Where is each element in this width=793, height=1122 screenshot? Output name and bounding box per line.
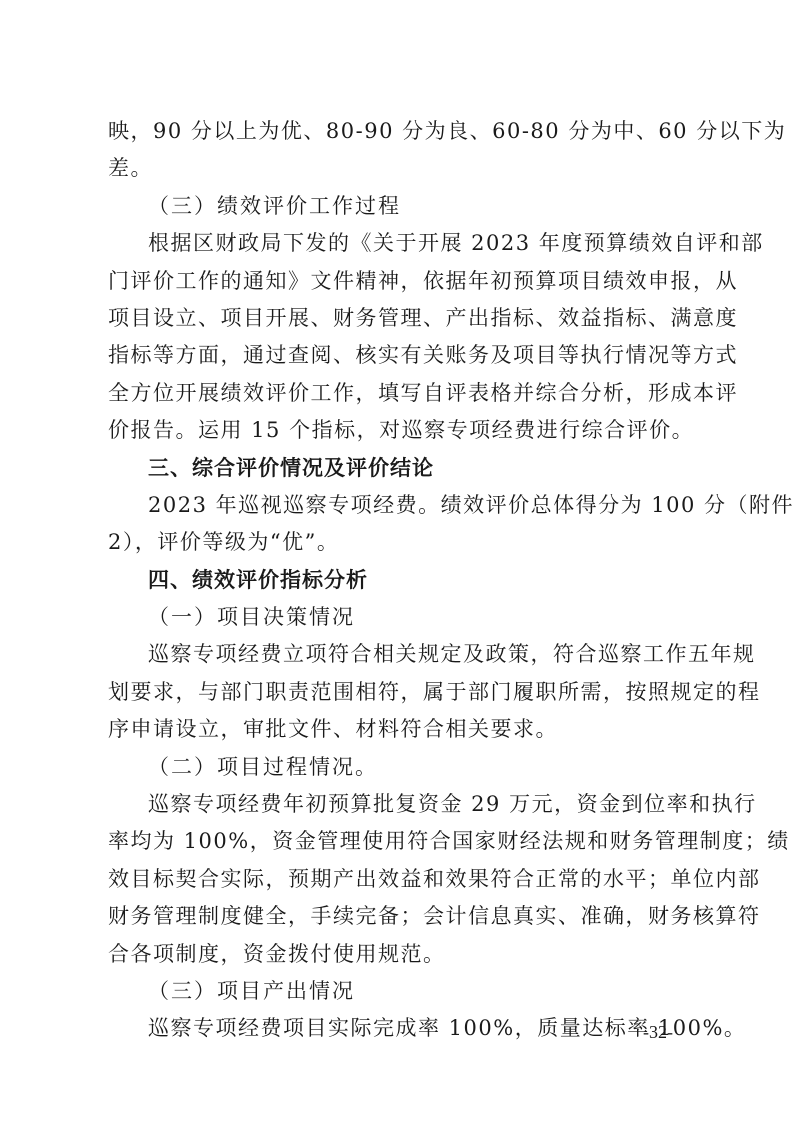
subsection-heading-project-process: （二）项目过程情况。: [108, 749, 702, 786]
paragraph-line: 价报告。运用 15 个指标，对巡察专项经费进行综合评价。: [108, 412, 702, 449]
paragraph-line: 项目设立、项目开展、财务管理、产出指标、效益指标、满意度: [108, 300, 702, 337]
page-number: -32-: [643, 1022, 673, 1043]
paragraph-line: 映，90 分以上为优、80-90 分为良、60-80 分为中、60 分以下为: [108, 113, 702, 150]
paragraph-line: 全方位开展绩效评价工作，填写自评表格并综合分析，形成本评: [108, 375, 702, 412]
subsection-heading-performance-process: （三）绩效评价工作过程: [108, 188, 702, 225]
paragraph-line: 巡察专项经费年初预算批复资金 29 万元，资金到位率和执行: [108, 786, 702, 823]
paragraph-line: 巡察专项经费立项符合相关规定及政策，符合巡察工作五年规: [108, 636, 702, 673]
paragraph-line: 财务管理制度健全，手续完备；会计信息真实、准确，财务核算符: [108, 898, 702, 935]
paragraph-line: 划要求，与部门职责范围相符，属于部门履职所需，按照规定的程: [108, 674, 702, 711]
paragraph-line: 合各项制度，资金拨付使用规范。: [108, 936, 702, 973]
paragraph-line: 2），评价等级为“优”。: [108, 524, 702, 561]
paragraph-line: 序申请设立，审批文件、材料符合相关要求。: [108, 711, 702, 748]
paragraph-line: 巡察专项经费项目实际完成率 100%，质量达标率 100%。: [108, 1010, 702, 1047]
subsection-heading-project-decision: （一）项目决策情况: [108, 599, 702, 636]
document-page: 映，90 分以上为优、80-90 分为良、60-80 分为中、60 分以下为 差…: [108, 113, 702, 1048]
paragraph-line: 2023 年巡视巡察专项经费。绩效评价总体得分为 100 分（附件: [108, 487, 702, 524]
section-heading-overall-evaluation: 三、综合评价情况及评价结论: [108, 450, 702, 487]
paragraph-line: 指标等方面，通过查阅、核实有关账务及项目等执行情况等方式: [108, 337, 702, 374]
paragraph-line: 率均为 100%，资金管理使用符合国家财经法规和财务管理制度；绩: [108, 823, 702, 860]
section-heading-indicator-analysis: 四、绩效评价指标分析: [108, 562, 702, 599]
paragraph-line: 根据区财政局下发的《关于开展 2023 年度预算绩效自评和部: [108, 225, 702, 262]
paragraph-line: 差。: [108, 150, 702, 187]
subsection-heading-project-output: （三）项目产出情况: [108, 973, 702, 1010]
paragraph-line: 效目标契合实际，预期产出效益和效果符合正常的水平；单位内部: [108, 861, 702, 898]
paragraph-line: 门评价工作的通知》文件精神，依据年初预算项目绩效申报，从: [108, 263, 702, 300]
